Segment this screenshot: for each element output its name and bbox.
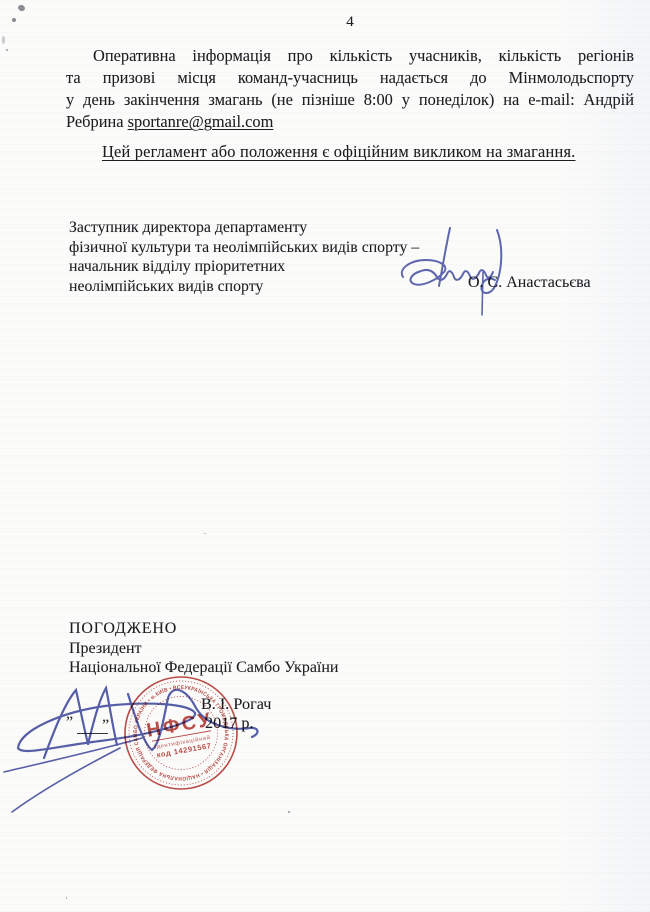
email-text: sportanre@gmail.com — [128, 112, 274, 131]
approval-heading: ПОГОДЖЕНО — [69, 619, 339, 639]
scan-speck — [17, 4, 26, 12]
scan-speck — [2, 36, 5, 44]
paragraph-line: Оперативна інформація про кількість учас… — [66, 45, 634, 67]
paragraph-line: та призові місця команд-учасниць надаєть… — [66, 67, 634, 89]
handwritten-signature-rohach — [0, 668, 330, 818]
scanned-document-page: 4 Оперативна інформація про кількість уч… — [0, 0, 650, 912]
contact-name: Ребрина — [66, 112, 128, 131]
intro-paragraph: Оперативна інформація про кількість учас… — [66, 45, 634, 133]
handwritten-signature-anastasieva — [390, 214, 520, 324]
scan-speck — [12, 18, 16, 22]
paragraph-line: у день закінчення змагань (не пізніше 8:… — [66, 89, 634, 111]
scan-speck — [66, 897, 67, 899]
scan-speck — [6, 49, 8, 51]
scan-speck — [204, 533, 206, 534]
paragraph-line: Ребрина sportanre@gmail.com — [66, 111, 634, 133]
official-notice: Цей регламент або положення є офіційним … — [66, 141, 634, 163]
approval-line: Президент — [69, 639, 339, 659]
page-number: 4 — [66, 14, 634, 31]
